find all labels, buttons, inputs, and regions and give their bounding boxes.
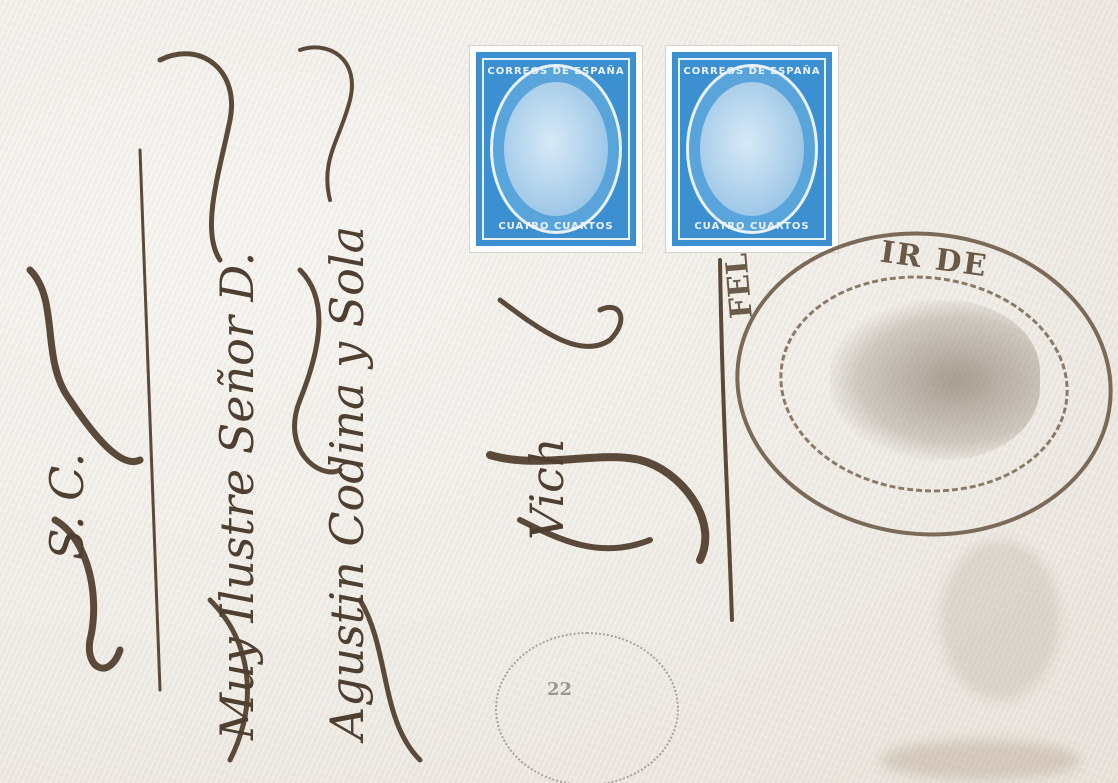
handwritten-line: Vich	[520, 437, 574, 540]
handwritten-line: S. C.	[40, 453, 94, 560]
postal-cover-photo: CORREOS DE ESPAÑA CUATRO CUARTOS CORREOS…	[0, 0, 1118, 783]
handwriting-strokes	[0, 0, 1118, 783]
handwritten-line: Muy Ilustre Señor D.	[210, 252, 264, 740]
handwritten-line: Agustin Codina y Sola	[320, 226, 374, 740]
